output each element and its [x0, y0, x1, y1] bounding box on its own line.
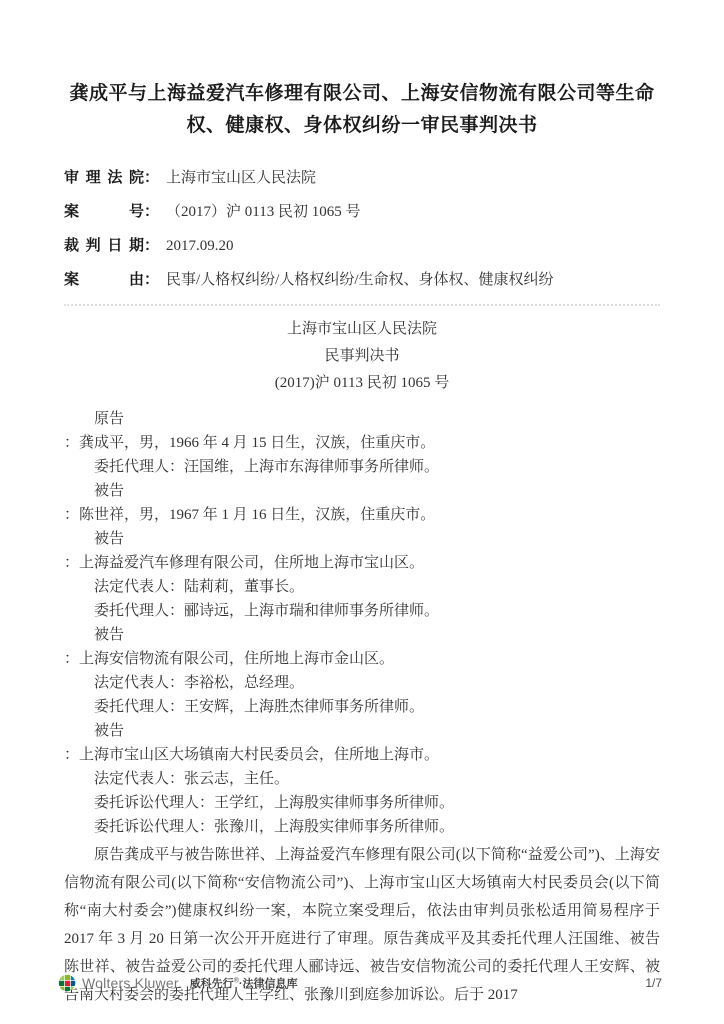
page-footer: Wolters Kluwer 威科先行®·法律信息库 1/7: [58, 974, 662, 992]
document-line-party: ：龚成平，男，1966 年 4 月 15 日生，汉族，住重庆市。: [64, 431, 660, 455]
document-line-detail: 委托代理人：王安辉，上海胜杰律师事务所律师。: [64, 695, 660, 719]
meta-colon: ：: [144, 202, 159, 222]
document-line-role: 被告: [64, 527, 660, 551]
meta-value-court: 上海市宝山区人民法院: [166, 168, 316, 188]
meta-value-judgment-date: 2017.09.20: [166, 236, 234, 256]
dotted-divider: [64, 304, 660, 306]
wolters-kluwer-brand-text: Wolters Kluwer: [82, 975, 179, 991]
court-name: 上海市宝山区人民法院: [64, 316, 660, 343]
metadata-section: 审理法院： 上海市宝山区人民法院 案号： （2017）沪 0113 民初 106…: [64, 168, 660, 290]
document-line-detail: 委托代理人：汪国维，上海市东海律师事务所律师。: [64, 455, 660, 479]
document-line-party: ：上海市宝山区大场镇南大村民委员会，住所地上海市。: [64, 743, 660, 767]
document-line-detail: 委托诉讼代理人：王学红，上海殷实律师事务所律师。: [64, 791, 660, 815]
page-number: 1/7: [645, 976, 662, 990]
judgment-document-page: 龚成平与上海益爱汽车修理有限公司、上海安信物流有限公司等生命权、健康权、身体权纠…: [0, 0, 724, 1024]
document-line-role: 被告: [64, 719, 660, 743]
case-number-line: (2017)沪 0113 民初 1065 号: [64, 370, 660, 397]
document-line-party: ：陈世祥，男，1967 年 1 月 16 日生，汉族，住重庆市。: [64, 503, 660, 527]
document-line-role: 原告: [64, 407, 660, 431]
meta-label-cause-of-action: 案由: [64, 270, 144, 290]
meta-row-judgment-date: 裁判日期： 2017.09.20: [64, 236, 660, 256]
document-line-role: 被告: [64, 623, 660, 647]
meta-colon: ：: [144, 168, 159, 188]
document-line-detail: 法定代表人：陆莉莉，董事长。: [64, 575, 660, 599]
document-type: 民事判决书: [64, 343, 660, 370]
meta-colon: ：: [144, 236, 159, 256]
document-line-party: ：上海益爱汽车修理有限公司，住所地上海市宝山区。: [64, 551, 660, 575]
product-suffix: ·法律信息库: [239, 978, 298, 990]
document-line-role: 被告: [64, 479, 660, 503]
meta-label-case-number: 案号: [64, 202, 144, 222]
meta-row-cause-of-action: 案由： 民事/人格权纠纷/人格权纠纷/生命权、身体权、健康权纠纷: [64, 270, 660, 290]
document-title: 龚成平与上海益爱汽车修理有限公司、上海安信物流有限公司等生命权、健康权、身体权纠…: [64, 78, 660, 142]
document-body: 原告：龚成平，男，1966 年 4 月 15 日生，汉族，住重庆市。委托代理人：…: [64, 407, 660, 839]
meta-row-case-number: 案号： （2017）沪 0113 民初 1065 号: [64, 202, 660, 222]
document-line-detail: 法定代表人：张云志，主任。: [64, 767, 660, 791]
meta-value-cause-of-action: 民事/人格权纠纷/人格权纠纷/生命权、身体权、健康权纠纷: [166, 270, 554, 290]
document-line-detail: 委托代理人：郦诗远，上海市瑞和律师事务所律师。: [64, 599, 660, 623]
meta-colon: ：: [144, 270, 159, 290]
meta-label-judgment-date: 裁判日期: [64, 236, 144, 256]
product-name-text: 威科先行®·法律信息库: [190, 975, 298, 991]
document-line-detail: 法定代表人：李裕松，总经理。: [64, 671, 660, 695]
document-line-detail: 委托诉讼代理人：张豫川，上海殷实律师事务所律师。: [64, 815, 660, 839]
product-name: 威科先行: [190, 978, 234, 990]
meta-label-court: 审理法院: [64, 168, 144, 188]
document-line-party: ：上海安信物流有限公司，住所地上海市金山区。: [64, 647, 660, 671]
wolters-kluwer-logo-icon: [58, 974, 76, 992]
document-heading: 上海市宝山区人民法院 民事判决书 (2017)沪 0113 民初 1065 号: [64, 316, 660, 397]
meta-value-case-number: （2017）沪 0113 民初 1065 号: [166, 202, 360, 222]
meta-row-court: 审理法院： 上海市宝山区人民法院: [64, 168, 660, 188]
